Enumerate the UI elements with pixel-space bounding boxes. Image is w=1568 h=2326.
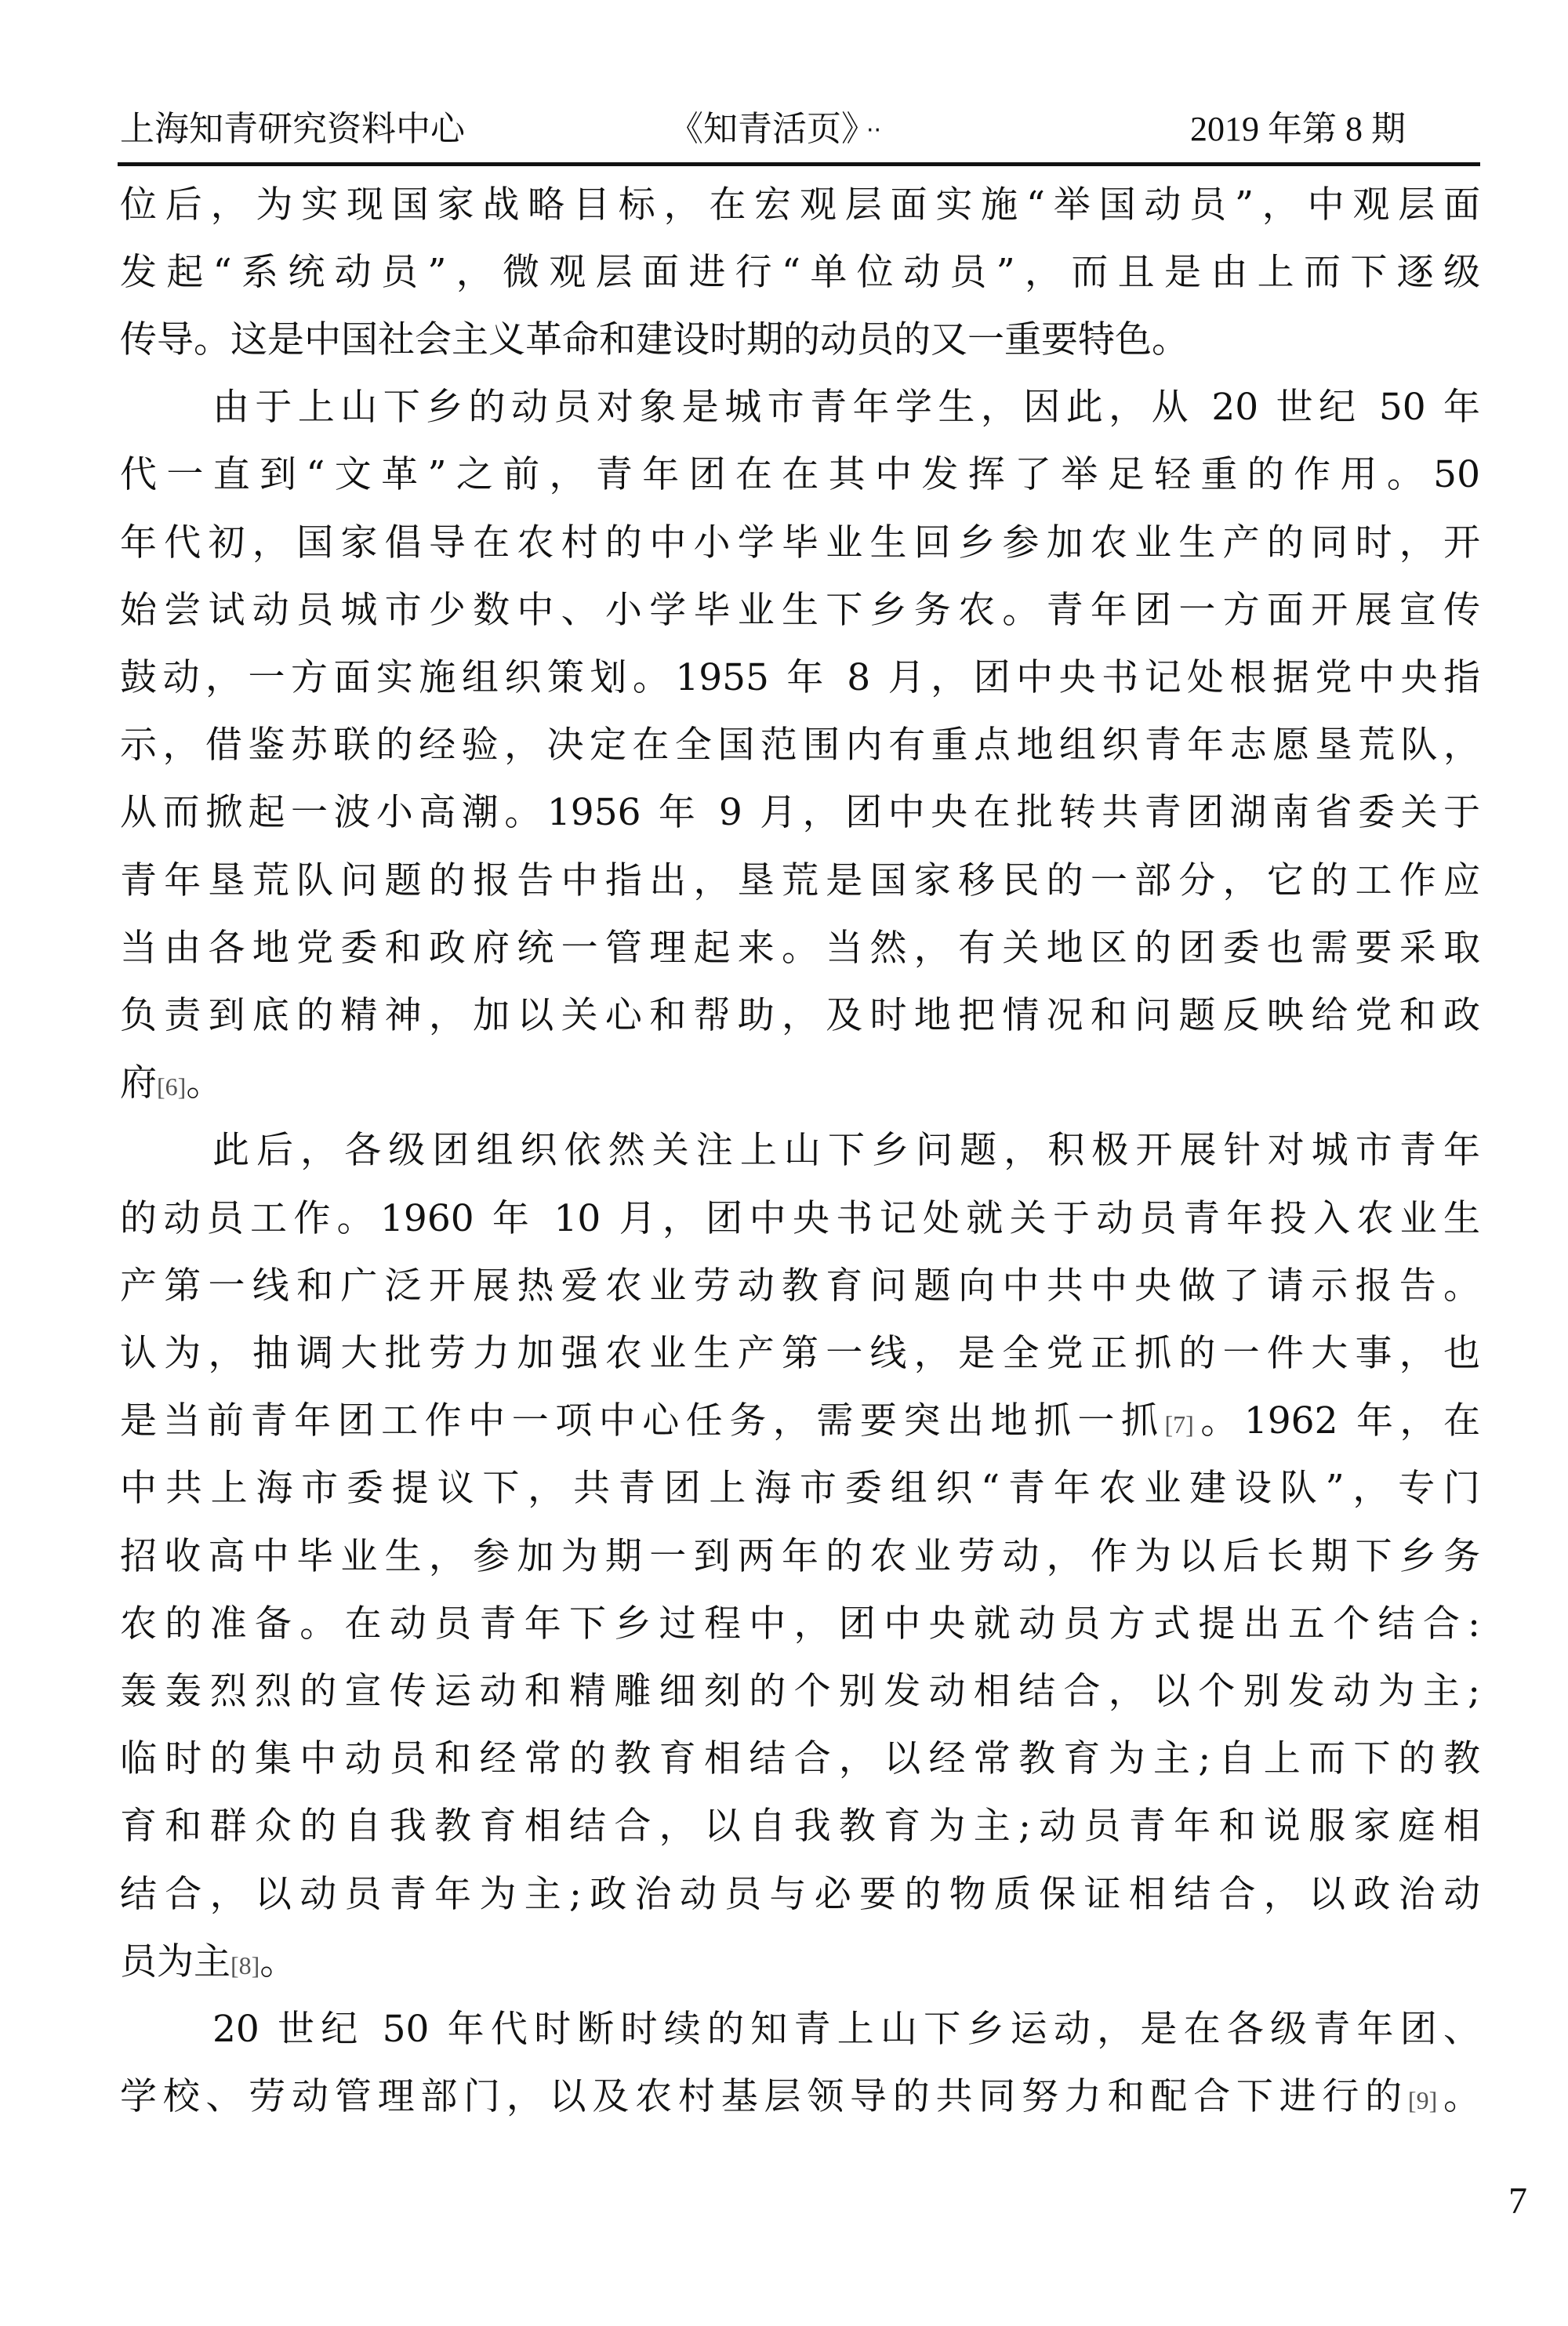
text-line: 代一直到“文革”之前，青年团在在其中发挥了举足轻重的作用。50 bbox=[120, 441, 1480, 509]
text-line: 发起“系统动员”，微观层面进行“单位动员”，而且是由上而下逐级 bbox=[120, 239, 1480, 307]
text-line: 的动员工作。1960 年 10 月，团中央书记处就关于动员青年投入农业生 bbox=[120, 1185, 1480, 1253]
text-line: 产第一线和广泛开展热爱农业劳动教育问题向中共中央做了请示报告。 bbox=[120, 1253, 1480, 1320]
line-text-after-citation: 。1962 年，在 bbox=[1194, 1399, 1480, 1442]
page-number: 7 bbox=[1508, 2181, 1527, 2222]
citation-7[interactable]: [7] bbox=[1165, 1410, 1194, 1439]
publication-title-text: 《知青活页》 bbox=[669, 109, 858, 149]
text-line: 鼓动，一方面实施组织策划。1955 年 8 月，团中央书记处根据党中央指 bbox=[120, 644, 1480, 712]
text-line: 始尝试动员城市少数中、小学毕业生下乡务农。青年团一方面开展宣传 bbox=[120, 577, 1480, 644]
citation-6[interactable]: [6] bbox=[157, 1072, 186, 1101]
publication-title: 《知青活页》·· bbox=[669, 107, 881, 154]
text-line: 育和群众的自我教育相结合，以自我教育为主;动员青年和说服家庭相 bbox=[120, 1793, 1480, 1860]
issue-number: 2019 年第 8 期 bbox=[1190, 107, 1406, 152]
line-text: 学校、劳动管理部门，以及农村基层领导的共同努力和配合下进行的 bbox=[120, 2075, 1408, 2118]
line-text: 员为主 bbox=[120, 1940, 230, 1983]
text-line: 由于上山下乡的动员对象是城市青年学生，因此，从 20 世纪 50 年 bbox=[212, 374, 1480, 441]
text-line: 轰轰烈烈的宣传运动和精雕细刻的个别发动相结合，以个别发动为主; bbox=[120, 1658, 1480, 1725]
punctuation: 。 bbox=[186, 1061, 223, 1105]
text-line: 年代初，国家倡导在农村的中小学毕业生回乡参加农业生产的同时，开 bbox=[120, 510, 1480, 577]
text-line: 府[6]。 bbox=[120, 1050, 1480, 1117]
text-line: 从而掀起一波小高潮。1956 年 9 月，团中央在批转共青团湖南省委关于 bbox=[120, 779, 1480, 847]
text-line: 是当前青年团工作中一项中心任务，需要突出地抓一抓[7]。1962 年，在 bbox=[120, 1388, 1480, 1455]
line-text: 府 bbox=[120, 1061, 157, 1105]
text-line: 此后，各级团组织依然关注上山下乡问题，积极开展针对城市青年 bbox=[212, 1117, 1480, 1185]
text-line: 学校、劳动管理部门，以及农村基层领导的共同努力和配合下进行的[9]。 bbox=[120, 2063, 1480, 2131]
text-line: 认为，抽调大批劳力加强农业生产第一线，是全党正抓的一件大事，也 bbox=[120, 1320, 1480, 1388]
document-page: 上海知青研究资料中心 《知青活页》·· 2019 年第 8 期 位后，为实现国家… bbox=[0, 0, 1568, 2326]
citation-9[interactable]: [9] bbox=[1408, 2086, 1437, 2114]
punctuation: 。 bbox=[260, 1940, 296, 1983]
text-line: 临时的集中动员和经常的教育相结合，以经常教育为主;自上而下的教 bbox=[120, 1725, 1480, 1793]
citation-8[interactable]: [8] bbox=[230, 1951, 260, 1979]
running-header: 上海知青研究资料中心 《知青活页》·· 2019 年第 8 期 bbox=[120, 107, 1480, 152]
text-line: 招收高中毕业生，参加为期一到两年的农业劳动，作为以后长期下乡务 bbox=[120, 1523, 1480, 1591]
text-line: 农的准备。在动员青年下乡过程中，团中央就动员方式提出五个结合: bbox=[120, 1591, 1480, 1658]
text-line: 位后，为实现国家战略目标，在宏观层面实施“举国动员”，中观层面 bbox=[120, 172, 1480, 239]
text-line: 传导。这是中国社会主义革命和建设时期的动员的又一重要特色。 bbox=[120, 307, 1480, 374]
text-line: 当由各地党委和政府统一管理起来。当然，有关地区的团委也需要采取 bbox=[120, 915, 1480, 982]
title-suffix-marks: ·· bbox=[866, 117, 881, 144]
punctuation: 。 bbox=[1437, 2075, 1480, 2118]
text-line: 中共上海市委提议下，共青团上海市委组织“青年农业建设队”，专门 bbox=[120, 1455, 1480, 1522]
text-line: 20 世纪 50 年代时断时续的知青上山下乡运动，是在各级青年团、 bbox=[212, 1996, 1480, 2063]
text-line: 示，借鉴苏联的经验，决定在全国范围内有重点地组织青年志愿垦荒队， bbox=[120, 712, 1480, 779]
publisher-name: 上海知青研究资料中心 bbox=[120, 107, 465, 152]
header-divider bbox=[118, 162, 1480, 166]
text-line: 青年垦荒队问题的报告中指出，垦荒是国家移民的一部分，它的工作应 bbox=[120, 847, 1480, 915]
text-line: 负责到底的精神，加以关心和帮助，及时地把情况和问题反映给党和政 bbox=[120, 982, 1480, 1050]
text-line: 结合，以动员青年为主;政治动员与必要的物质保证相结合，以政治动 bbox=[120, 1861, 1480, 1929]
text-line: 员为主[8]。 bbox=[120, 1929, 1480, 1996]
line-text: 是当前青年团工作中一项中心任务，需要突出地抓一抓 bbox=[120, 1399, 1165, 1442]
